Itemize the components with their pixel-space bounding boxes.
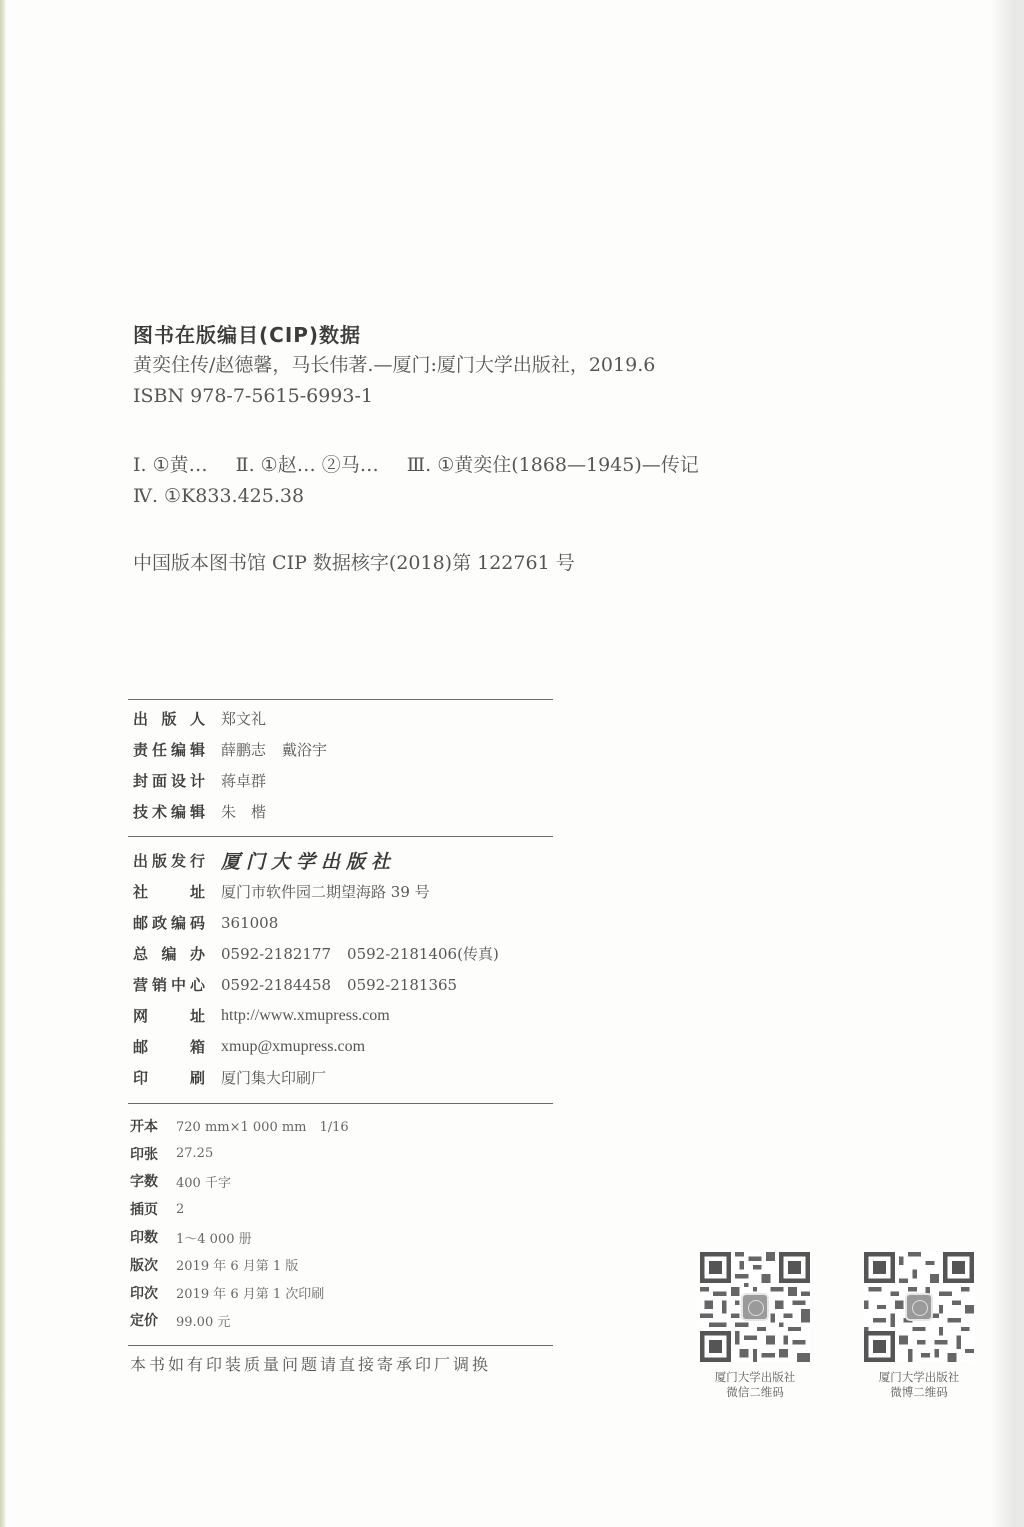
cip-isbn: ISBN 978-7-5615-6993-1 bbox=[133, 381, 893, 412]
spec-row: 开本720 mm×1 000 mm 1/16 bbox=[130, 1112, 349, 1140]
staff-row-cover-design: 封面设计 蒋卓群 bbox=[133, 765, 573, 796]
staff-label: 技术编辑 bbox=[133, 801, 205, 822]
publisher-row-marketing: 营销中心 0592-21844580592-2181365 bbox=[133, 969, 573, 1000]
staff-label: 封面设计 bbox=[133, 770, 205, 791]
qr-caption: 厦门大学出版社 微博二维码 bbox=[861, 1370, 977, 1400]
divider-rule bbox=[128, 1345, 553, 1346]
website-link[interactable]: http://www.xmupress.com bbox=[221, 1007, 390, 1025]
print-specs-block: 开本720 mm×1 000 mm 1/16 印张27.25 字数400 千字 … bbox=[130, 1112, 349, 1334]
publisher-block: 出版发行 厦门大学出版社 社址 厦门市软件园二期望海路 39 号 邮政编码 36… bbox=[133, 845, 573, 1093]
spec-row: 印数1～4 000 册 bbox=[130, 1223, 349, 1251]
publisher-row-postcode: 邮政编码 361008 bbox=[133, 907, 573, 938]
cip-verification: 中国版本图书馆 CIP 数据核字(2018)第 122761 号 bbox=[133, 548, 893, 579]
cip-classification-line-2: Ⅳ. ①K833.425.38 bbox=[133, 481, 893, 512]
publisher-row-editorial-office: 总编办 0592-21821770592-2181406(传真) bbox=[133, 938, 573, 969]
staff-value: 朱 楷 bbox=[221, 801, 266, 822]
staff-row-publisher-person: 出版人 郑文礼 bbox=[133, 703, 573, 734]
staff-value: 郑文礼 bbox=[221, 708, 266, 729]
staff-label: 责任编辑 bbox=[133, 739, 205, 760]
staff-value: 蒋卓群 bbox=[221, 770, 266, 791]
spec-row: 字数400 千字 bbox=[130, 1168, 349, 1196]
cip-class-3: Ⅲ. ①黄奕住(1868—1945)—传记 bbox=[407, 454, 699, 476]
spec-row: 印张27.25 bbox=[130, 1140, 349, 1168]
spec-row: 定价99.00 元 bbox=[130, 1307, 349, 1335]
cip-class-1: Ⅰ. ①黄… bbox=[133, 454, 208, 476]
publisher-row-email: 邮箱 xmup@xmupress.com bbox=[133, 1031, 573, 1062]
divider-rule bbox=[128, 836, 553, 837]
cip-heading: 图书在版编目(CIP)数据 bbox=[133, 320, 893, 350]
qr-code-icon[interactable] bbox=[700, 1252, 810, 1362]
cip-class-2: Ⅱ. ①赵… ②马… bbox=[236, 454, 379, 476]
page-edge-strip bbox=[0, 0, 6, 1527]
staff-row-tech-editor: 技术编辑 朱 楷 bbox=[133, 796, 573, 827]
staff-row-editor: 责任编辑 薛鹏志戴浴宇 bbox=[133, 734, 573, 765]
page-gutter-shadow bbox=[990, 0, 1024, 1527]
publisher-logo-icon bbox=[905, 1293, 933, 1321]
publisher-calligraphy-name: 厦门大学出版社 bbox=[221, 847, 396, 874]
wechat-qr-block: 厦门大学出版社 微信二维码 bbox=[697, 1252, 813, 1400]
staff-label: 出版人 bbox=[133, 708, 205, 729]
publisher-logo-icon bbox=[741, 1293, 769, 1321]
publisher-row-issuer: 出版发行 厦门大学出版社 bbox=[133, 845, 573, 876]
staff-value: 薛鹏志戴浴宇 bbox=[221, 739, 327, 760]
cip-bibliographic-line: 黄奕住传/赵德馨，马长伟著.—厦门:厦门大学出版社，2019.6 bbox=[133, 350, 893, 381]
quality-notice: 本书如有印装质量问题请直接寄承印厂调换 bbox=[130, 1352, 491, 1375]
publisher-row-printer: 印刷 厦门集大印刷厂 bbox=[133, 1062, 573, 1093]
spec-row: 插页2 bbox=[130, 1195, 349, 1223]
spec-row: 印次2019 年 6 月第 1 次印刷 bbox=[130, 1279, 349, 1307]
qr-caption: 厦门大学出版社 微信二维码 bbox=[697, 1370, 813, 1400]
spec-row: 版次2019 年 6 月第 1 版 bbox=[130, 1251, 349, 1279]
weibo-qr-block: 厦门大学出版社 微博二维码 bbox=[861, 1252, 977, 1400]
qr-code-icon[interactable] bbox=[864, 1252, 974, 1362]
divider-rule bbox=[128, 699, 553, 700]
publisher-row-address: 社址 厦门市软件园二期望海路 39 号 bbox=[133, 876, 573, 907]
cip-data-block: 图书在版编目(CIP)数据 黄奕住传/赵德馨，马长伟著.—厦门:厦门大学出版社，… bbox=[133, 320, 893, 579]
publisher-row-website: 网址 http://www.xmupress.com bbox=[133, 1000, 573, 1031]
staff-block: 出版人 郑文礼 责任编辑 薛鹏志戴浴宇 封面设计 蒋卓群 技术编辑 朱 楷 bbox=[133, 703, 573, 827]
divider-rule bbox=[128, 1103, 553, 1104]
email-link[interactable]: xmup@xmupress.com bbox=[221, 1038, 365, 1056]
cip-classification-line: Ⅰ. ①黄… Ⅱ. ①赵… ②马… Ⅲ. ①黄奕住(1868—1945)—传记 bbox=[133, 450, 893, 481]
